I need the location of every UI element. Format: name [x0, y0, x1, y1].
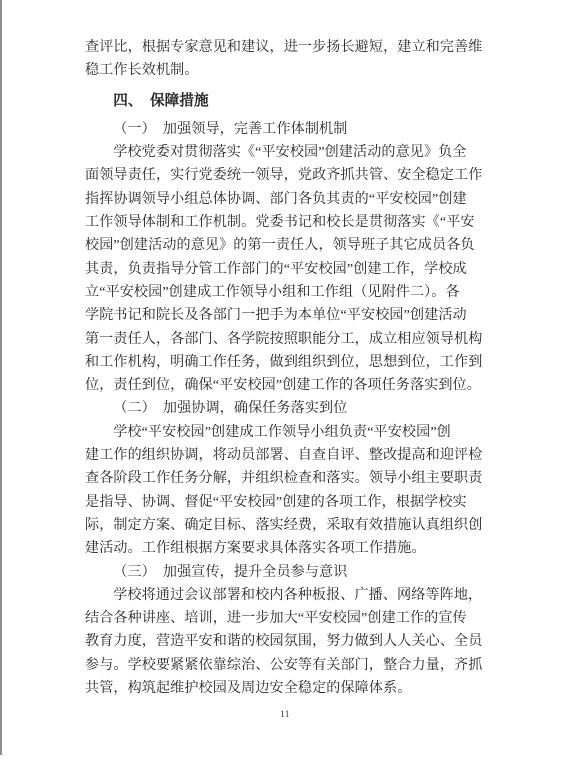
paragraph-line: 学院书记和院长及各部门一把手为本单位“平安校园”创建活动: [85, 304, 485, 327]
paragraph-line: 面领导责任，实行党委统一领导，党政齐抓共管、安全稳定工作: [85, 164, 485, 187]
page-number: 11: [85, 708, 485, 720]
paragraph-line: 际，制定方案、确定目标、落实经费，采取有效措施认真组织创: [85, 514, 485, 537]
subsection-heading: （三） 加强宣传，提升全员参与意识: [85, 561, 485, 584]
subsection-heading: （二） 加强协调，确保任务落实到位: [85, 397, 485, 420]
paragraph-line: 校园”创建活动的意见》的第一责任人，领导班子其它成员各负: [85, 234, 485, 257]
paragraph-line: 立“平安校园”创建成工作领导小组和工作组（见附件二）。各: [85, 281, 485, 304]
section-heading: 四、 保障措施: [85, 90, 485, 113]
paragraph-line: 参与。学校要紧紧依靠综治、公安等有关部门，整合力量，齐抓: [85, 654, 485, 677]
paragraph-line: 学校党委对贯彻落实《“平安校园”创建活动的意见》负全: [85, 141, 485, 164]
paragraph-line: 结合各种讲座、培训，进一步加大“平安校园”创建工作的宣传: [85, 607, 485, 630]
paragraph-line: 查各阶段工作任务分解，并组织检查和落实。领导小组主要职责: [85, 467, 485, 490]
paragraph-line: 指挥协调领导小组总体协调、部门各负其责的“平安校园”创建: [85, 188, 485, 211]
paragraph-line: 第一责任人，各部门、各学院按照职能分工，成立相应领导机构: [85, 328, 485, 351]
paragraph-line: 共管，构筑起维护校园及周边安全稳定的保障体系。: [85, 677, 485, 700]
page-content: 查评比，根据专家意见和建议，进一步扬长避短，建立和完善维 稳工作长效机制。 四、…: [85, 36, 485, 720]
paragraph-line: 稳工作长效机制。: [85, 59, 485, 82]
subsection-heading: （一） 加强领导，完善工作体制机制: [85, 118, 485, 141]
paragraph-line: 学校“平安校园”创建成工作领导小组负责“平安校园”创: [85, 421, 485, 444]
paragraph-line: 建活动。工作组根据方案要求具体落实各项工作措施。: [85, 537, 485, 560]
paragraph-line: 工作领导体制和工作机制。党委书记和校长是贯彻落实《“平安: [85, 211, 485, 234]
paragraph-line: 查评比，根据专家意见和建议，进一步扬长避短，建立和完善维: [85, 36, 485, 59]
document-page: 查评比，根据专家意见和建议，进一步扬长避短，建立和完善维 稳工作长效机制。 四、…: [0, 0, 565, 766]
paragraph-line: 其责，负责指导分管工作部门的“平安校园”创建工作，学校成: [85, 258, 485, 281]
paragraph-line: 学校将通过会议部署和校内各种板报、广播、网络等阵地，: [85, 584, 485, 607]
page-edge-shadow: [0, 0, 2, 755]
paragraph-line: 是指导、协调、督促“平安校园”创建的各项工作，根据学校实: [85, 491, 485, 514]
paragraph-line: 教育力度，营造平安和谐的校园氛围，努力做到人人关心、全员: [85, 630, 485, 653]
paragraph-line: 建工作的组织协调，将动员部署、自查自评、整改提高和迎评检: [85, 444, 485, 467]
paragraph-line: 和工作机构，明确工作任务，做到组织到位，思想到位，工作到: [85, 351, 485, 374]
paragraph-line: 位，责任到位，确保“平安校园”创建工作的各项任务落实到位。: [85, 374, 485, 397]
